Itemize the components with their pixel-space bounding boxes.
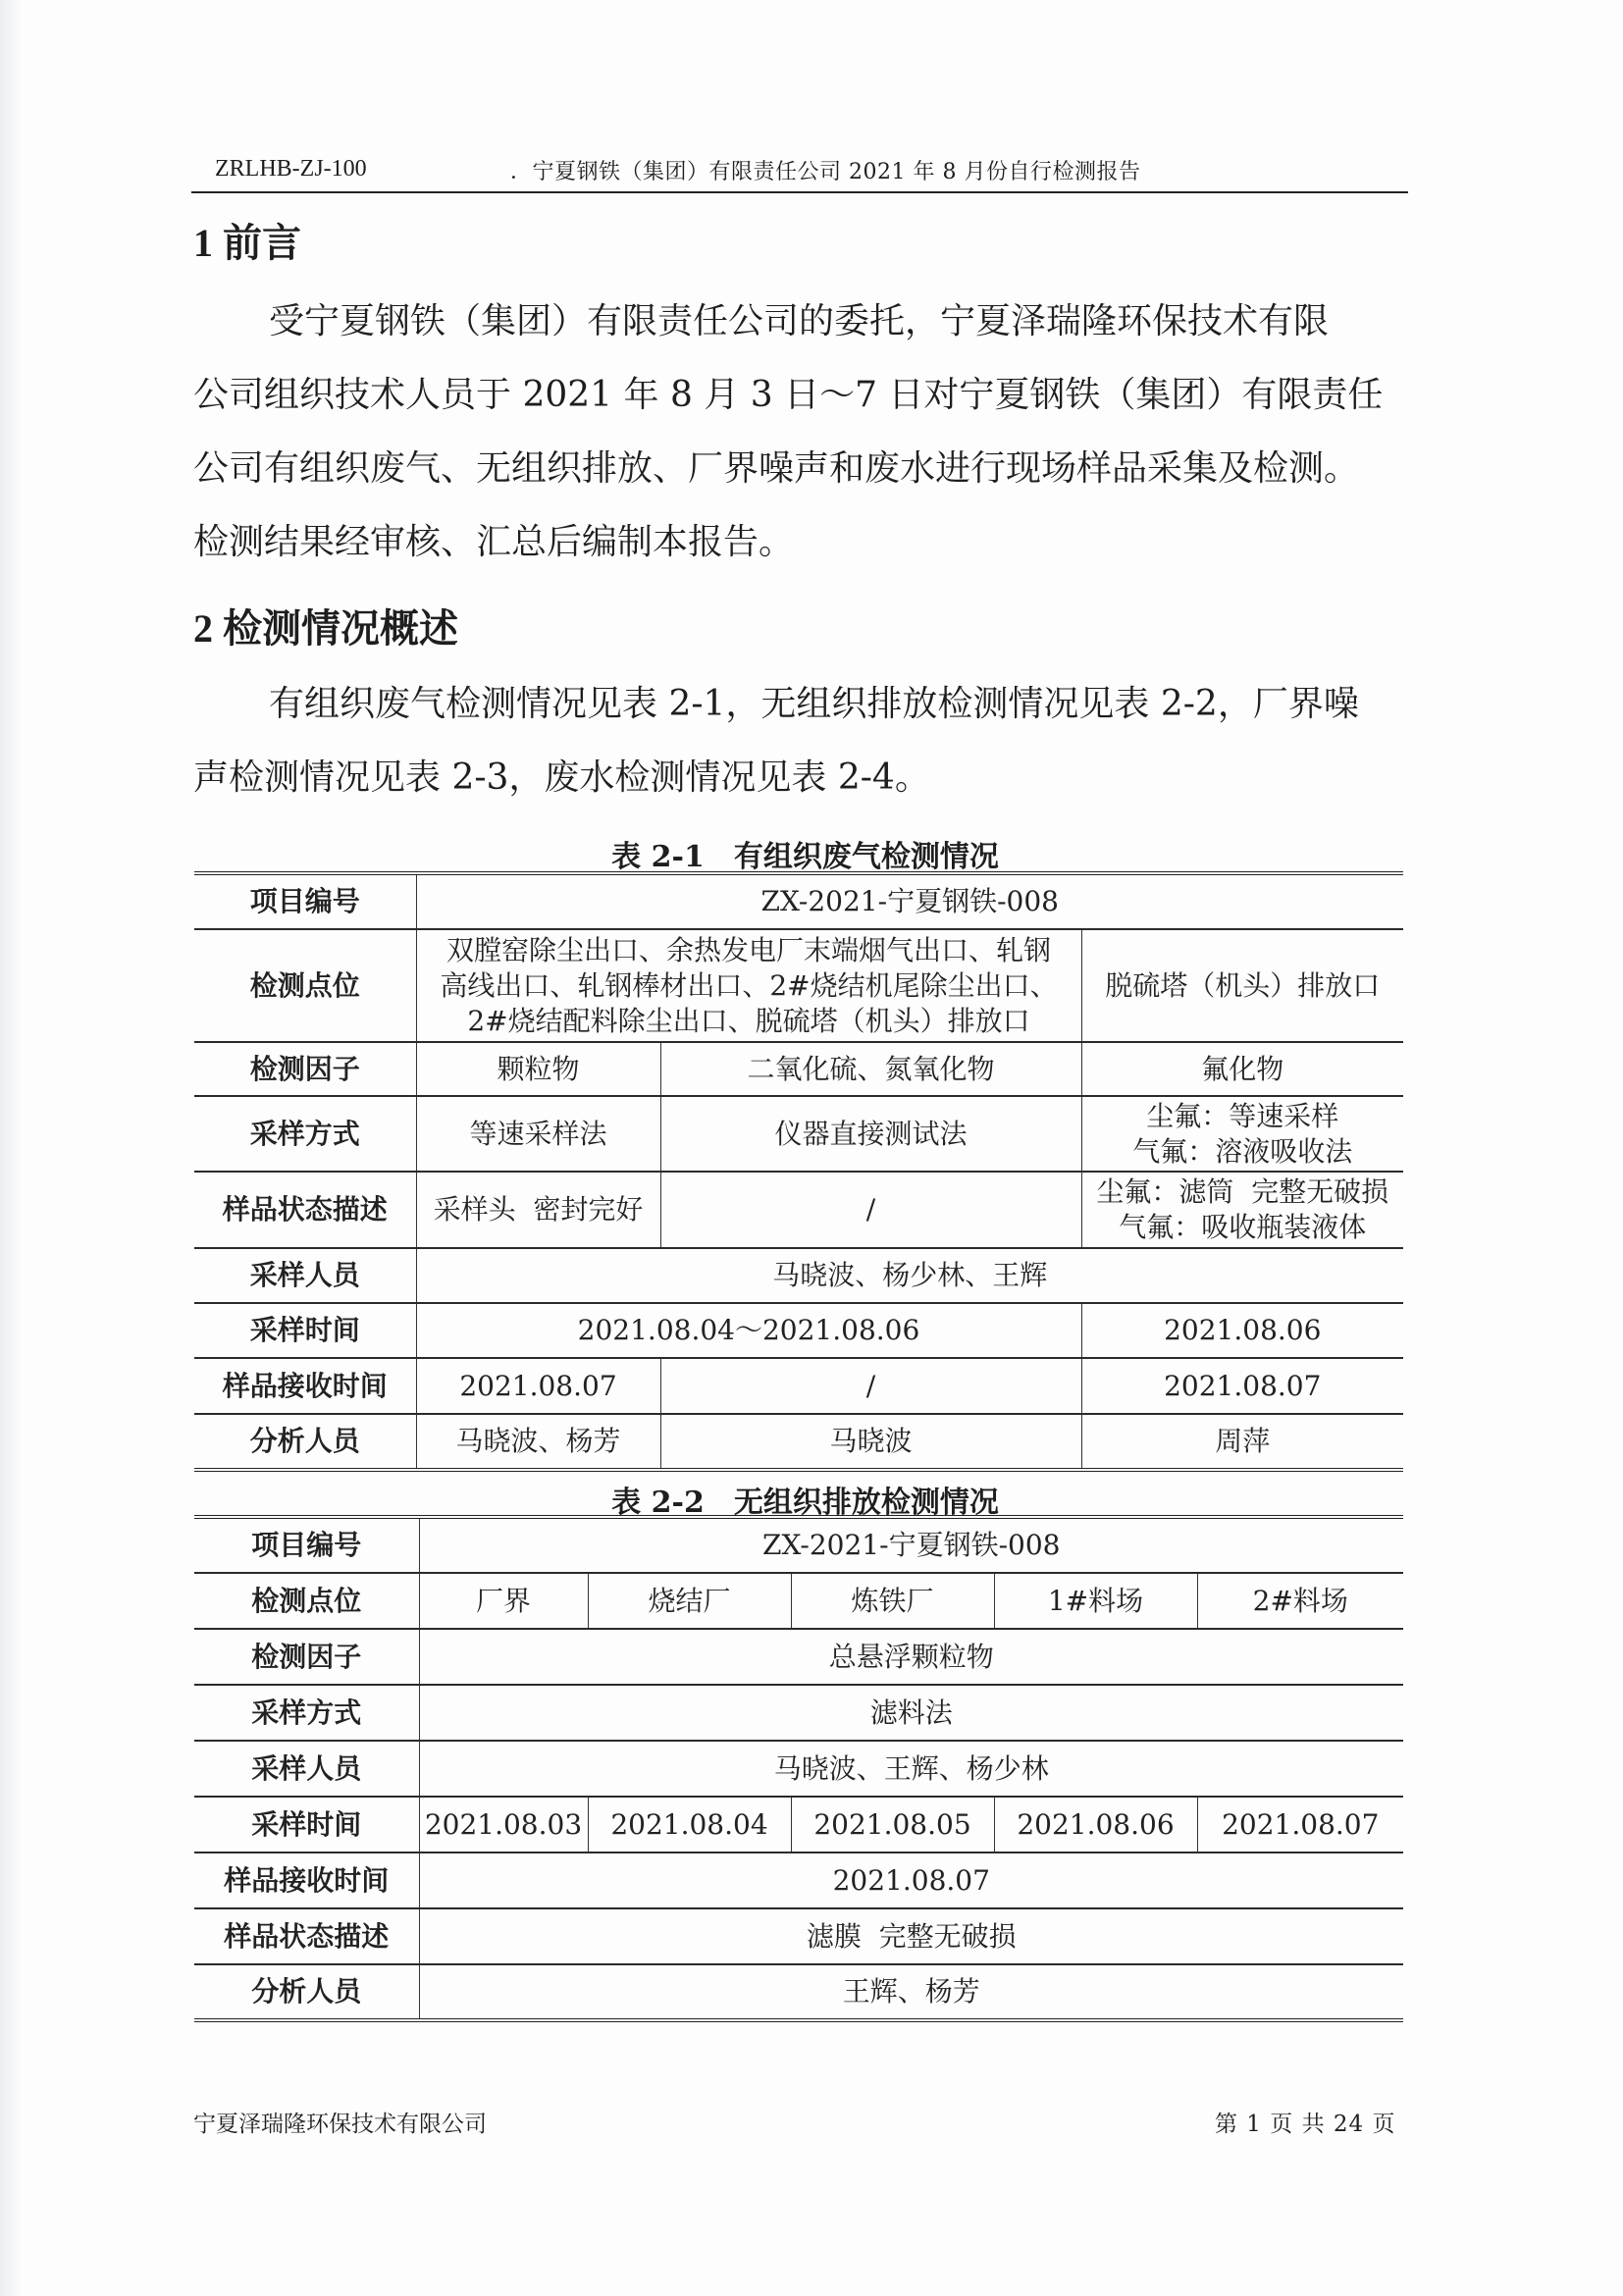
cell: 厂界 — [419, 1573, 588, 1629]
paragraph-line: 公司有组织废气、无组织排放、厂界噪声和废水进行现场样品采集及检测。 — [193, 432, 1410, 505]
monitoring-points-group-2: 脱硫塔（机头）排放口 — [1081, 929, 1403, 1042]
cell: 1#料场 — [994, 1573, 1197, 1629]
section-title: 前言 — [223, 220, 301, 266]
row-label: 分析人员 — [194, 1964, 419, 2020]
cell: 马晓波 — [660, 1414, 1081, 1470]
cell: 等速采样法 — [416, 1096, 660, 1172]
cell: 周萍 — [1081, 1414, 1403, 1470]
table-row: 采样时间 2021.08.04～2021.08.06 2021.08.06 — [194, 1303, 1403, 1358]
cell: 2021.08.03 — [419, 1797, 588, 1852]
table-2-2-fugitive-emissions: 项目编号 ZX-2021-宁夏钢铁-008 检测点位 厂界 烧结厂 炼铁厂 1#… — [194, 1515, 1403, 2022]
project-number: ZX-2021-宁夏钢铁-008 — [416, 873, 1403, 929]
cell: 2021.08.07 — [1197, 1797, 1403, 1852]
table-2-1-caption: 表 2-1 有组织废气检测情况 — [194, 832, 1416, 875]
cell: 2021.08.06 — [994, 1797, 1197, 1852]
cell: 2021.08.04 — [588, 1797, 791, 1852]
table-row: 项目编号 ZX-2021-宁夏钢铁-008 — [194, 1517, 1403, 1573]
preface-paragraph: 受宁夏钢铁（集团）有限责任公司的委托，宁夏泽瑞隆环保技术有限 公司组织技术人员于… — [193, 285, 1410, 579]
row-label: 采样人员 — [194, 1741, 419, 1797]
table-row: 项目编号 ZX-2021-宁夏钢铁-008 — [194, 873, 1403, 929]
table-row: 分析人员 王辉、杨芳 — [194, 1964, 1403, 2020]
row-label: 检测因子 — [194, 1629, 419, 1685]
table-row: 采样方式 等速采样法 仪器直接测试法 尘氟：等速采样 气氟：溶液吸收法 — [194, 1096, 1403, 1172]
row-label: 采样时间 — [194, 1797, 419, 1852]
cell: 2021.08.06 — [1081, 1303, 1403, 1358]
row-label: 检测点位 — [194, 929, 416, 1042]
table-row: 检测点位 厂界 烧结厂 炼铁厂 1#料场 2#料场 — [194, 1573, 1403, 1629]
table-row: 检测因子 颗粒物 二氧化硫、氮氧化物 氟化物 — [194, 1042, 1403, 1096]
header-rule — [191, 191, 1408, 193]
cell: 滤料法 — [419, 1685, 1403, 1741]
cell: / — [660, 1358, 1081, 1414]
table-row: 分析人员 马晓波、杨芳 马晓波 周萍 — [194, 1414, 1403, 1470]
table-row: 采样方式 滤料法 — [194, 1685, 1403, 1741]
cell: 尘氟：等速采样 气氟：溶液吸收法 — [1081, 1096, 1403, 1172]
cell: 2021.08.05 — [791, 1797, 994, 1852]
cell: 马晓波、王辉、杨少林 — [419, 1741, 1403, 1797]
row-label: 分析人员 — [194, 1414, 416, 1470]
page-number: 第 1 页 共 24 页 — [1215, 2106, 1395, 2138]
cell: 氟化物 — [1081, 1042, 1403, 1096]
row-label: 样品状态描述 — [194, 1908, 419, 1964]
row-label: 样品接收时间 — [194, 1358, 416, 1414]
row-label: 采样方式 — [194, 1096, 416, 1172]
section-number: 1 — [193, 221, 213, 265]
row-label: 样品接收时间 — [194, 1852, 419, 1908]
table-row: 采样时间 2021.08.03 2021.08.04 2021.08.05 20… — [194, 1797, 1403, 1852]
cell: 二氧化硫、氮氧化物 — [660, 1042, 1081, 1096]
row-label: 采样人员 — [194, 1248, 416, 1303]
monitoring-points-group-1: 双膛窑除尘出口、余热发电厂末端烟气出口、轧钢 高线出口、轧钢棒材出口、2#烧结机… — [416, 929, 1081, 1042]
table-row: 样品状态描述 采样头 密封完好 / 尘氟：滤筒 完整无破损 气氟：吸收瓶装液体 — [194, 1172, 1403, 1248]
cell: 2#料场 — [1197, 1573, 1403, 1629]
row-label: 检测因子 — [194, 1042, 416, 1096]
cell: 烧结厂 — [588, 1573, 791, 1629]
table-row: 检测点位 双膛窑除尘出口、余热发电厂末端烟气出口、轧钢 高线出口、轧钢棒材出口、… — [194, 929, 1403, 1042]
cell: 王辉、杨芳 — [419, 1964, 1403, 2020]
table-row: 检测因子 总悬浮颗粒物 — [194, 1629, 1403, 1685]
section-title: 检测情况概述 — [223, 605, 458, 652]
report-title: ．宁夏钢铁（集团）有限责任公司 2021 年 8 月份自行检测报告 — [510, 155, 1140, 185]
scan-edge — [0, 0, 22, 2296]
paragraph-line: 检测结果经审核、汇总后编制本报告。 — [193, 505, 1410, 579]
cell: 颗粒物 — [416, 1042, 660, 1096]
cell: 马晓波、杨芳 — [416, 1414, 660, 1470]
table-row: 样品接收时间 2021.08.07 / 2021.08.07 — [194, 1358, 1403, 1414]
cell: 2021.08.04～2021.08.06 — [416, 1303, 1081, 1358]
row-label: 采样方式 — [194, 1685, 419, 1741]
table-row: 样品状态描述 滤膜 完整无破损 — [194, 1908, 1403, 1964]
section-number: 2 — [193, 606, 213, 651]
cell: 2021.08.07 — [416, 1358, 660, 1414]
table-row: 采样人员 马晓波、杨少林、王辉 — [194, 1248, 1403, 1303]
cell: 总悬浮颗粒物 — [419, 1629, 1403, 1685]
section-2-heading: 2检测情况概述 — [193, 598, 458, 653]
cell: 仪器直接测试法 — [660, 1096, 1081, 1172]
table-row: 样品接收时间 2021.08.07 — [194, 1852, 1403, 1908]
overview-paragraph: 有组织废气检测情况见表 2-1，无组织排放检测情况见表 2-2，厂界噪 声检测情… — [193, 667, 1410, 814]
cell: 尘氟：滤筒 完整无破损 气氟：吸收瓶装液体 — [1081, 1172, 1403, 1248]
cell: / — [660, 1172, 1081, 1248]
cell: 2021.08.07 — [1081, 1358, 1403, 1414]
table-2-1-organized-emissions: 项目编号 ZX-2021-宁夏钢铁-008 检测点位 双膛窑除尘出口、余热发电厂… — [194, 871, 1403, 1472]
cell: 炼铁厂 — [791, 1573, 994, 1629]
row-label: 项目编号 — [194, 873, 416, 929]
table-row: 采样人员 马晓波、王辉、杨少林 — [194, 1741, 1403, 1797]
document-code: ZRLHB-ZJ-100 — [215, 156, 367, 183]
row-label: 采样时间 — [194, 1303, 416, 1358]
project-number: ZX-2021-宁夏钢铁-008 — [419, 1517, 1403, 1573]
footer-company: 宁夏泽瑞隆环保技术有限公司 — [193, 2106, 487, 2138]
paragraph-line: 受宁夏钢铁（集团）有限责任公司的委托，宁夏泽瑞隆环保技术有限 — [193, 285, 1410, 358]
cell: 马晓波、杨少林、王辉 — [416, 1248, 1403, 1303]
paragraph-line: 有组织废气检测情况见表 2-1，无组织排放检测情况见表 2-2，厂界噪 — [193, 667, 1410, 741]
row-label: 检测点位 — [194, 1573, 419, 1629]
cell: 2021.08.07 — [419, 1852, 1403, 1908]
paragraph-line: 声检测情况见表 2-3，废水检测情况见表 2-4。 — [193, 741, 1410, 814]
cell: 滤膜 完整无破损 — [419, 1908, 1403, 1964]
paragraph-line: 公司组织技术人员于 2021 年 8 月 3 日～7 日对宁夏钢铁（集团）有限责… — [193, 358, 1410, 432]
section-1-heading: 1前言 — [193, 212, 301, 268]
row-label: 样品状态描述 — [194, 1172, 416, 1248]
row-label: 项目编号 — [194, 1517, 419, 1573]
cell: 采样头 密封完好 — [416, 1172, 660, 1248]
